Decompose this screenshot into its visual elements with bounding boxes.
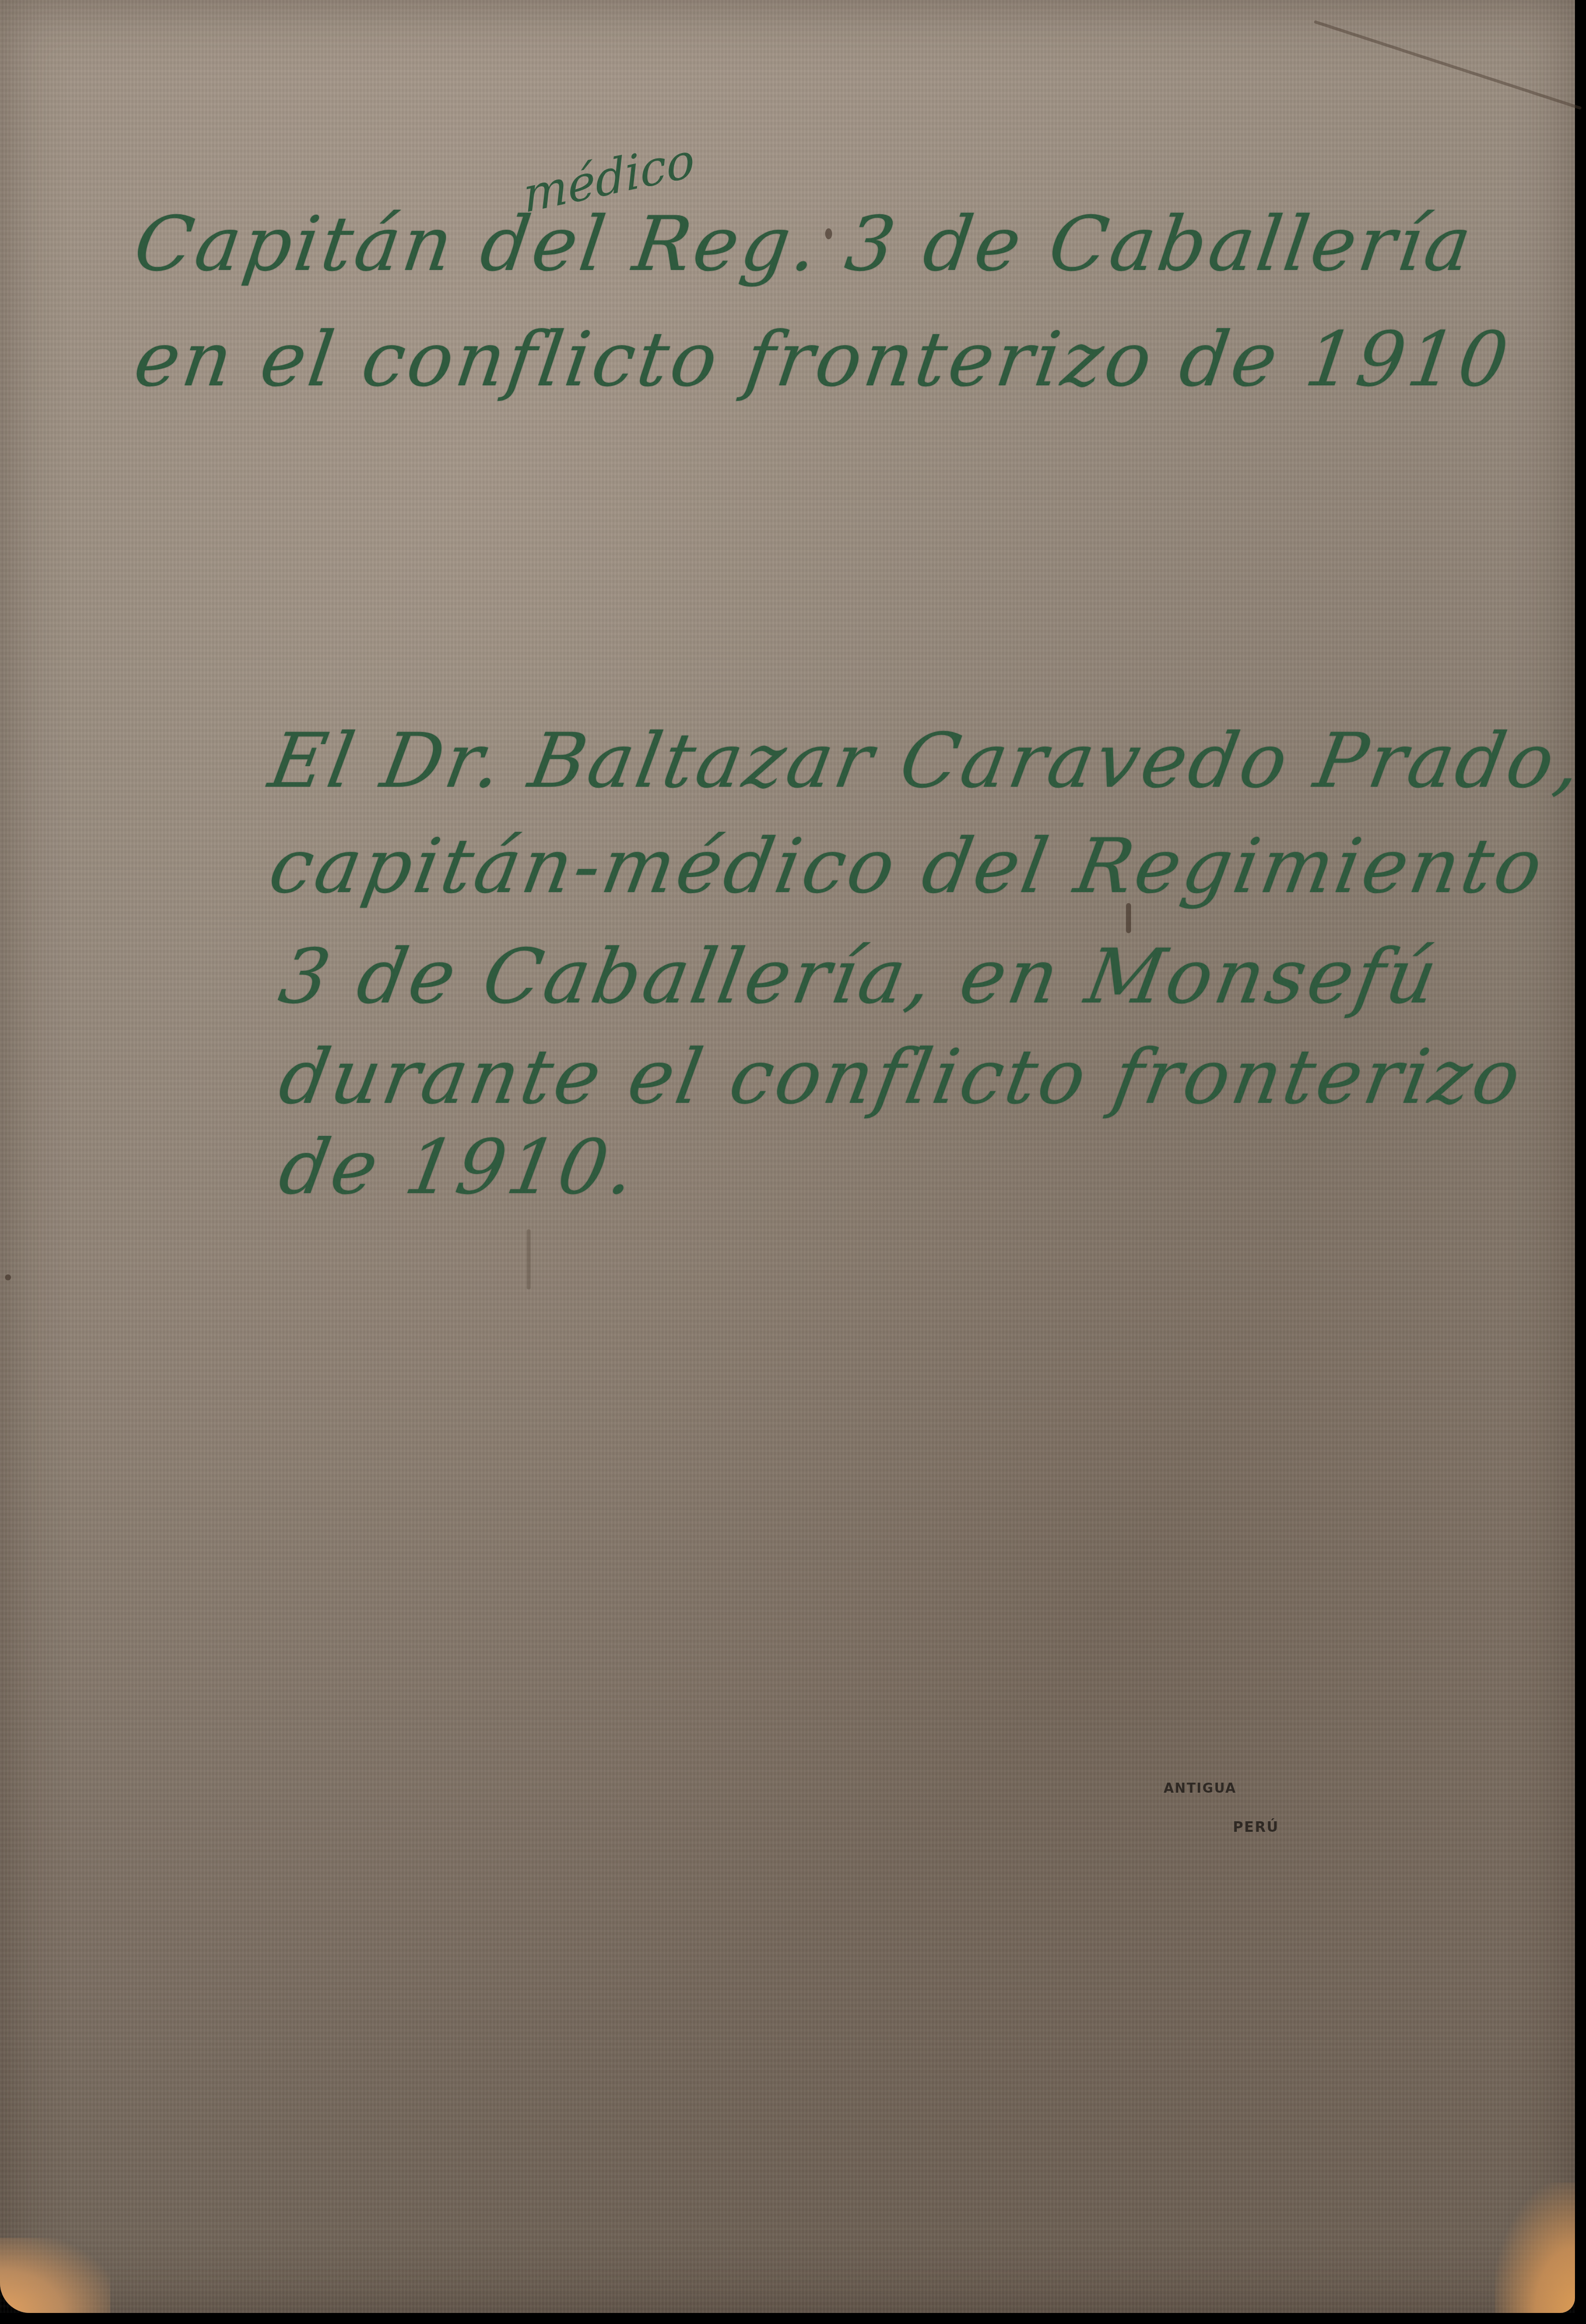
corner-wear-bottom-right — [1495, 2183, 1575, 2313]
studio-stamp-line-1: ANTIGUA — [1164, 1781, 1236, 1796]
speck — [527, 1229, 531, 1289]
speck — [1126, 903, 1131, 933]
main-inscription-line-1: El Dr. Baltazar Caravedo Prado, — [263, 717, 1586, 805]
speck — [5, 1274, 11, 1280]
studio-stamp-line-2: PERÚ — [1233, 1819, 1279, 1835]
crease-mark — [1314, 20, 1581, 110]
card-back: médico Capitán del Reg. 3 de Caballería … — [0, 0, 1575, 2313]
top-inscription-line-1: Capitán del Reg. 3 de Caballería — [129, 201, 1479, 288]
main-inscription-line-5: de 1910. — [273, 1124, 645, 1211]
top-inscription-line-2: en el conflicto fronterizo de 1910 — [129, 316, 1516, 403]
main-inscription-line-2: capitán-médico del Regimiento — [263, 823, 1551, 910]
speck — [825, 228, 832, 239]
main-inscription-line-3: 3 de Caballería, en Monsefú — [273, 933, 1447, 1021]
corner-wear-bottom-left — [0, 2238, 110, 2313]
main-inscription-line-4: durante el conflicto fronterizo — [273, 1034, 1530, 1121]
